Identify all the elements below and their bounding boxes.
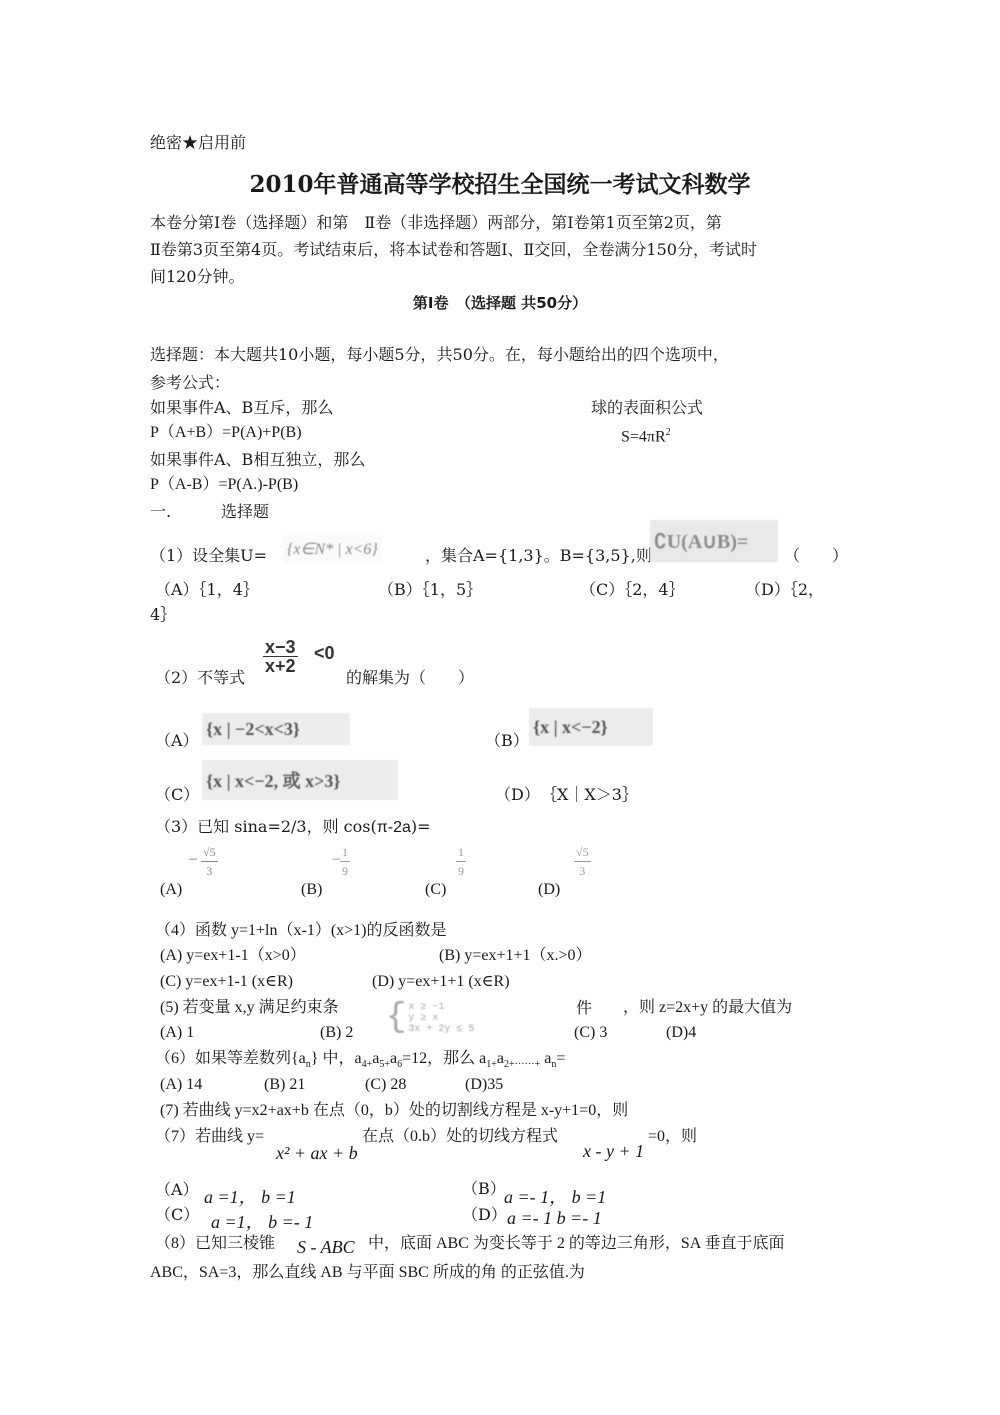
q3-option-a-sign: − — [188, 852, 198, 866]
q3-option-d-label: (D) — [538, 880, 560, 900]
q2-fraction-relation: <0 — [314, 643, 335, 664]
q8-stem-mid: 中，底面 ABC 为变长等于 2 的等边三角形，SA 垂直于底面 — [368, 1234, 784, 1254]
intro-line-1: 本卷分第Ⅰ卷（选择题）和第 Ⅱ卷（非选择题）两部分，第Ⅰ卷第1页至第2页，第 — [150, 209, 722, 236]
q5-option-d: (D)4 — [666, 1023, 696, 1043]
independent-formula: P（A-B）=P(A.)-P(B) — [150, 475, 298, 495]
q6-option-d: (D)35 — [465, 1075, 503, 1095]
q4-option-b: (B) y=ex+1+1（x.>0） — [439, 946, 592, 966]
q4-option-d: (D) y=ex+1+1 (x∈R) — [372, 972, 510, 992]
q5-constraint-system: { x ≥ −1 y ≥ x 3x + 2y ≤ 5 — [386, 1001, 474, 1035]
section-heading: 第Ⅰ卷 （选择题 共50分） — [0, 292, 1000, 313]
q4-option-a: (A) y=ex+1-1（x>0） — [160, 946, 306, 966]
q1-blank: （ ） — [784, 546, 848, 566]
q1-prefix: （1）设全集U= — [150, 546, 267, 566]
q1-option-a: （A）｛1，4｝ — [155, 580, 259, 600]
q7b-line-expression: x - y + 1 — [583, 1141, 644, 1162]
q2-option-b-label: （B） — [485, 731, 529, 751]
q2-option-d-value: ｛X｜X＞3｝ — [541, 785, 638, 805]
q6-stem: （6）如果等差数列{an} 中，a4+a5+a6=12，那么 a1+a2+···… — [155, 1049, 565, 1075]
q5-stem-end: ，则 z=2x+y 的最大值为 — [623, 998, 792, 1018]
q7-option-c-value: a =1， b =- 1 — [211, 1208, 313, 1234]
section-instructions: 选择题：本大题共10小题，每小题5分，共50分。在，每小题给出的四个选项中， — [150, 345, 729, 365]
q5-option-a: (A) 1 — [160, 1023, 194, 1043]
q1-option-c: （C）｛2，4｝ — [580, 580, 685, 600]
q5-stem-mid: 件 — [576, 998, 592, 1018]
q3-stem: （3）已知 sina=2/3，则 cos(π-2a)= — [155, 817, 431, 838]
q3-option-c-fraction: 1 9 — [456, 843, 466, 880]
q1-complement-image: ∁U(A∪B)= — [650, 520, 778, 562]
q7b-curve-expression: x² + ax + b — [276, 1143, 358, 1164]
q1-universal-set-image: {x∈N* | x<6} — [283, 535, 382, 563]
q1-option-b: （B）｛1，5｝ — [378, 580, 482, 600]
q7b-stem-start: （7）若曲线 y= — [155, 1127, 264, 1147]
intro-line-3: 间120分钟。 — [150, 263, 245, 290]
q2-option-a-image: {x | −2<x<3} — [202, 713, 350, 745]
q7-option-c-label: （C） — [155, 1205, 199, 1225]
q2-option-c-label: （C） — [155, 785, 199, 805]
q2-option-b-image: {x | x<−2} — [529, 708, 653, 746]
independent-label: 如果事件A、B相互独立，那么 — [150, 450, 365, 470]
formula-label: 参考公式： — [150, 373, 230, 393]
sphere-formula: S=4πR2 — [621, 423, 671, 447]
q2-option-c-image: {x | x<−2, 或 x>3} — [202, 760, 398, 800]
q2-prefix: （2）不等式 — [155, 668, 245, 688]
q5-stem-start: (5) 若变量 x,y 满足约束条 — [160, 998, 339, 1018]
q5-option-c: (C) 3 — [574, 1023, 607, 1043]
q3-option-b-fraction: 1 9 — [340, 843, 350, 880]
brace-icon: { — [386, 1001, 406, 1035]
q7-option-b-label: （B） — [462, 1179, 506, 1199]
part-heading-label: 选择题 — [221, 502, 269, 522]
mutually-exclusive-formula: P（A+B）=P(A)+P(B) — [150, 423, 302, 443]
q5-option-b: (B) 2 — [320, 1023, 353, 1043]
part-heading-number: 一. — [150, 502, 171, 522]
q2-option-d-label: （D） — [495, 785, 540, 805]
q7b-stem-end: =0，则 — [648, 1127, 697, 1147]
q7-option-a-value: a =1， b =1 — [204, 1183, 296, 1209]
q3-option-c-label: (C) — [425, 880, 446, 900]
q7b-stem-mid: 在点（0.b）处的切线方程式 — [362, 1127, 558, 1147]
secret-label: 绝密★启用前 — [150, 133, 246, 153]
q8-pyramid: S - ABC — [297, 1237, 355, 1258]
sphere-formula-label: 球的表面积公式 — [591, 398, 703, 418]
q7-option-a-label: （A） — [155, 1180, 199, 1200]
q4-option-c: (C) y=ex+1-1 (x∈R) — [160, 972, 293, 992]
q7a-stem: (7) 若曲线 y=x2+ax+b 在点（0，b）处的切割线方程是 x-y+1=… — [160, 1101, 628, 1121]
exam-title: 2010年普通高等学校招生全国统一考试文科数学 — [0, 170, 1000, 200]
q6-option-b: (B) 21 — [264, 1075, 305, 1095]
q8-stem-line2: ABC，SA=3，那么直线 AB 与平面 SBC 所成的角 的正弦值.为 — [150, 1263, 585, 1283]
q2-suffix: 的解集为（ ） — [346, 668, 474, 688]
q2-option-a-label: （A） — [155, 731, 199, 751]
q1-option-d: （D）｛2， — [745, 580, 824, 600]
q3-option-b-label: (B) — [301, 880, 322, 900]
q4-stem: （4）函数 y=1+ln（x-1）(x>1)的反函数是 — [155, 921, 447, 941]
q3-option-d-fraction: √5 3 — [574, 843, 591, 880]
intro-line-2: Ⅱ卷第3页至第4页。考试结束后，将本试卷和答题Ⅰ、Ⅱ交回，全卷满分150分，考试… — [150, 236, 757, 263]
q6-option-a: (A) 14 — [160, 1075, 202, 1095]
q3-option-a-fraction: √5 3 — [201, 843, 218, 880]
q1-option-d-wrap: 4｝ — [150, 605, 176, 625]
q7-option-b-value: a =- 1， b =1 — [504, 1183, 606, 1209]
q3-option-a-label: (A) — [160, 880, 182, 900]
q1-middle: ，集合A={1,3}。B={3,5},则 — [425, 546, 652, 566]
q7-option-d-value: a =- 1 b =- 1 — [507, 1208, 602, 1229]
q2-fraction: x−3 x+2 — [263, 638, 298, 675]
q8-stem-start: （8）已知三棱锥 — [155, 1234, 275, 1254]
q7-option-d-label: （D） — [462, 1205, 507, 1225]
q6-option-c: (C) 28 — [365, 1075, 406, 1095]
mutually-exclusive-label: 如果事件A、B互斥，那么 — [150, 398, 333, 418]
